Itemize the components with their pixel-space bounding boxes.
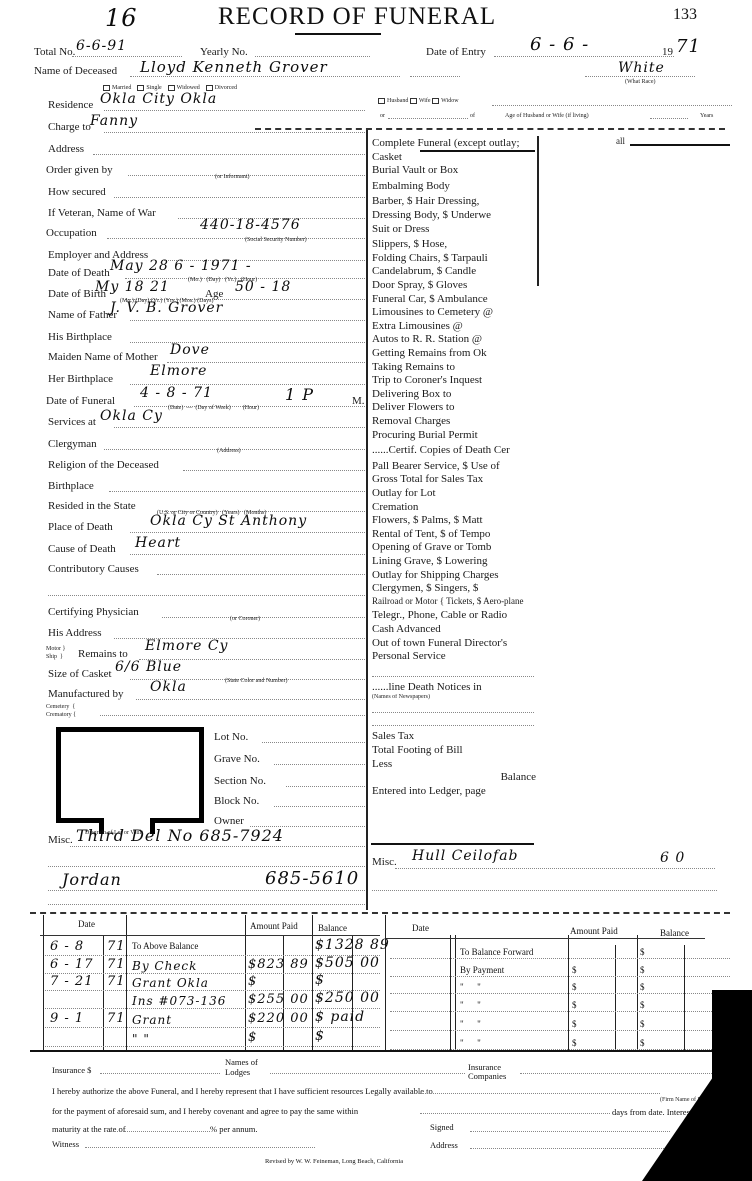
charge-item: Pall Bearer Service, $ Use of	[372, 460, 536, 472]
charge-item: Barber, $ Hair Dressing,	[372, 195, 536, 207]
scan-shadow-edge	[712, 990, 752, 1181]
contributory-label: Contributory Causes	[48, 563, 139, 575]
charge-item: Trip to Coroner's Inquest	[372, 374, 536, 386]
order-given-by-label: Order given by	[46, 164, 113, 176]
charge-item: Entered into Ledger, page	[372, 785, 536, 797]
charge-item: Complete Funeral (except outlay;	[372, 137, 536, 149]
charge-to-label: Charge to	[48, 121, 91, 133]
date-of-death-value[interactable]: May 28 6 - 1971 -	[110, 258, 252, 274]
column-divider	[366, 130, 368, 910]
clergyman-label: Clergyman	[48, 438, 97, 450]
footer-blank-line[interactable]	[420, 1113, 610, 1114]
date-of-funeral-value[interactable]: 4 - 8 - 71	[140, 385, 213, 401]
age-value[interactable]: 50 - 18	[235, 279, 291, 295]
her-birthplace-label: Her Birthplace	[48, 373, 113, 385]
charge-item: Delivering Box to	[372, 388, 536, 400]
ledger-right-amount[interactable]: $	[572, 982, 577, 992]
witness-label: Witness	[52, 1139, 79, 1149]
lodges-label-1: Names of	[225, 1057, 258, 1067]
charge-to-value[interactable]: Fanny	[90, 113, 138, 129]
ledger-rule	[371, 843, 534, 845]
ledger-row-balance[interactable]: $ paid	[315, 1009, 365, 1025]
name-of-father-label: Name of Father	[48, 309, 117, 321]
his-address-label: His Address	[48, 627, 101, 639]
ledger-row-amount[interactable]: $823 89	[248, 957, 309, 972]
her-birthplace-value[interactable]: Elmore	[150, 363, 207, 379]
title-underline	[295, 33, 381, 35]
charge-item: Slippers, $ Hose,	[372, 238, 536, 250]
address-label: Address	[48, 143, 84, 155]
certifying-physician-label: Certifying Physician	[48, 606, 139, 618]
checkbox-wife[interactable]: Wife	[410, 98, 431, 104]
occupation-value[interactable]: 440-18-4576	[200, 217, 301, 233]
lot-field-label: Block No.	[214, 795, 259, 807]
ledger-right-amount[interactable]: $	[572, 1038, 577, 1048]
residence-value[interactable]: Okla City Okla	[100, 91, 217, 107]
lot-field-label: Grave No.	[214, 753, 260, 765]
ledger-right-description: By Payment	[460, 965, 504, 975]
ledger-row-amount[interactable]: $	[248, 974, 257, 989]
ledger-row-balance[interactable]: $	[315, 972, 325, 988]
his-birthplace-label: His Birthplace	[48, 331, 112, 343]
maiden-name-mother-label: Maiden Name of Mother	[48, 351, 158, 363]
ledger-row-year[interactable]: 71	[107, 974, 126, 989]
ledger-row-description[interactable]: By Check	[132, 959, 197, 973]
all-label: all	[616, 136, 625, 146]
charge-item: Getting Remains from Ok	[372, 347, 536, 359]
charge-item: Dressing Body, $ Underwe	[372, 209, 536, 221]
date-of-funeral-caption: (Date) — (Day of Week) (Hour)	[168, 405, 259, 411]
charge-item: Candelabrum, $ Candle	[372, 265, 536, 277]
ledger-row-balance[interactable]: $	[315, 1028, 325, 1044]
ledger-row-balance[interactable]: $505 00	[315, 955, 380, 971]
size-of-casket-caption: (State Color and Number)	[225, 678, 287, 684]
footer-blank-line[interactable]	[270, 1073, 465, 1074]
charge-item: Personal Service	[372, 650, 536, 662]
funeral-meridiem: M.	[352, 395, 365, 407]
occupation-caption: (Social Security Number)	[245, 237, 307, 243]
ledger-right-balance[interactable]: $	[640, 947, 645, 957]
ledger-row-description[interactable]: To Above Balance	[132, 941, 198, 951]
lot-field-label: Lot No.	[214, 731, 248, 743]
manufactured-by-label: Manufactured by	[48, 688, 123, 700]
ledger-row-date[interactable]: 6 - 8	[50, 939, 84, 954]
name-of-father-value[interactable]: J. V. B. Grover	[110, 300, 223, 316]
charge-item: Railroad or Motor { Tickets, $ Aero-plan…	[372, 596, 536, 606]
date-of-entry-label: Date of Entry	[426, 46, 486, 58]
charge-item: Removal Charges	[372, 415, 536, 427]
ledger-right-balance[interactable]: $	[640, 1000, 645, 1010]
charge-item: Cash Advanced	[372, 623, 536, 635]
maturity-label: maturity at the rate of	[52, 1124, 126, 1134]
ledger-row-description[interactable]: Grant Okla	[132, 976, 209, 990]
authorize-statement: I hereby authorize the above Funeral, an…	[52, 1086, 433, 1096]
top-divider	[255, 128, 725, 130]
signed-label: Signed	[430, 1122, 454, 1132]
order-given-by-caption: (or Informant)	[215, 174, 250, 180]
maiden-name-mother-value[interactable]: Dove	[170, 342, 210, 358]
footer-blank-line[interactable]	[85, 1147, 315, 1148]
ledger-row-amount[interactable]: $220 00	[248, 1011, 309, 1026]
veteran-war-label: If Veteran, Name of War	[48, 207, 156, 219]
charge-item: Gross Total for Sales Tax	[372, 473, 536, 485]
charge-item: Opening of Grave or Tomb	[372, 541, 536, 553]
charge-item: ......line Death Notices in	[372, 681, 536, 693]
charge-item: Procuring Burial Permit	[372, 429, 536, 441]
age-spouse-label: Age of Husband or Wife (if living)	[505, 113, 589, 119]
ledger-right-balance[interactable]: $	[640, 965, 645, 975]
race-value[interactable]: White	[618, 60, 665, 76]
place-of-death-value[interactable]: Okla Cy St Anthony	[150, 513, 307, 529]
religion-label: Religion of the Deceased	[48, 459, 159, 471]
place-of-death-label: Place of Death	[48, 521, 113, 533]
motor-ship-label: Motor } Ship }	[46, 645, 65, 661]
charge-item: Flowers, $ Palms, $ Matt	[372, 514, 536, 526]
services-at-label: Services at	[48, 416, 96, 428]
ledger-right-amount[interactable]: $	[572, 1000, 577, 1010]
charge-item: ......Certif. Copies of Death Cer	[372, 444, 536, 456]
race-caption: (What Race)	[625, 79, 655, 85]
ledger-row-description[interactable]: Grant	[132, 1013, 172, 1027]
charge-item: Balance	[372, 771, 536, 783]
lot-diagram-box	[56, 727, 204, 823]
charge-item: Outlay for Shipping Charges	[372, 569, 536, 581]
charge-item: Out of town Funeral Director's	[372, 637, 536, 649]
ledger-right-description: " "	[460, 1019, 481, 1029]
lot-field-input[interactable]	[262, 742, 365, 743]
ledger-right-description: " "	[460, 982, 481, 992]
charge-item: Autos to R. R. Station @	[372, 333, 536, 345]
handwritten-record-number: 16	[105, 4, 138, 32]
charge-item: Extra Limousines @	[372, 320, 536, 332]
ledger-right-amount[interactable]: $	[572, 965, 577, 975]
ledger-right-description: To Balance Forward	[460, 947, 533, 957]
insurance-companies-label-2: Companies	[468, 1071, 506, 1081]
ledger-right-date-header: Date	[412, 923, 429, 933]
misc-left-phone[interactable]: 685-5610	[265, 868, 359, 889]
date-of-funeral-label: Date of Funeral	[46, 395, 115, 407]
ledger-row-date[interactable]: 9 - 1	[50, 1011, 84, 1026]
misc-right-amount[interactable]: 6 0	[660, 850, 685, 866]
ledger-row-description[interactable]: " "	[132, 1032, 150, 1046]
clergyman-caption: (Address)	[217, 448, 241, 454]
ledger-row-balance[interactable]: $250 00	[315, 990, 380, 1006]
services-at-value[interactable]: Okla Cy	[100, 408, 163, 424]
year-value[interactable]: 71	[676, 36, 701, 57]
lodges-label-2: Lodges	[225, 1067, 250, 1077]
charge-item: Telegr., Phone, Cable or Radio	[372, 609, 536, 621]
ledger-row-description[interactable]: Ins #073-136	[132, 994, 226, 1008]
charge-item: Casket	[372, 151, 536, 163]
page-number: 133	[673, 6, 697, 24]
total-no-label: Total No.	[34, 46, 75, 58]
per-annum-label: % per annum.	[210, 1124, 257, 1134]
size-of-casket-value[interactable]: 6/6 Blue	[115, 659, 182, 675]
cause-of-death-value[interactable]: Heart	[135, 535, 181, 551]
date-of-birth-value[interactable]: My 18 21	[95, 279, 170, 295]
year-prefix: 19	[662, 46, 673, 58]
charge-item: Suit or Dress	[372, 223, 536, 235]
name-of-deceased-value[interactable]: Lloyd Kenneth Grover	[140, 58, 328, 76]
charge-item: Cremation	[372, 501, 536, 513]
charge-item: Limousines to Cemetery @	[372, 306, 536, 318]
ledger-right-amount[interactable]: $	[572, 1019, 577, 1029]
footer-blank-line[interactable]	[470, 1131, 670, 1132]
lot-field-input[interactable]	[274, 764, 365, 765]
residence-label: Residence	[48, 99, 93, 111]
total-no-value[interactable]: 6-6-91	[76, 38, 127, 54]
spouse-status-options: Husband Wife Widow	[378, 98, 459, 104]
manufactured-by-value[interactable]: Okla	[150, 679, 187, 695]
footer-blank-line[interactable]	[110, 1131, 210, 1132]
misc-left-name[interactable]: Jordan	[62, 870, 122, 889]
date-of-death-label: Date of Death	[48, 267, 110, 279]
lot-field-input[interactable]	[274, 806, 365, 807]
charge-item: Funeral Car, $ Ambulance	[372, 293, 536, 305]
cemetery-crematory-label: Cemetery { Crematory {	[46, 703, 76, 719]
spouse-of-label: of	[470, 113, 475, 119]
payment-statement: for the payment of aforesaid sum, and I …	[52, 1106, 358, 1116]
name-of-deceased-label: Name of Deceased	[34, 65, 117, 77]
size-of-casket-label: Size of Casket	[48, 668, 112, 680]
ledger-row-year[interactable]: 71	[107, 957, 126, 972]
checkbox-widow[interactable]: Widow	[432, 98, 458, 104]
ledger-right-amount-header: Amount Paid	[570, 926, 618, 936]
ledger-left-date-header: Date	[78, 919, 95, 929]
charge-item: (Names of Newspapers)	[372, 694, 536, 700]
years-label: Years	[700, 113, 713, 119]
ledger-right-description: " "	[460, 1000, 481, 1010]
spouse-or-label: or	[380, 113, 385, 119]
lot-field-input[interactable]	[286, 786, 365, 787]
charge-item: Lining Grave, $ Lowering	[372, 555, 536, 567]
ledger-row-year[interactable]: 71	[107, 939, 126, 954]
yearly-no-label: Yearly No.	[200, 46, 248, 58]
ledger-row-date[interactable]: 6 - 17	[50, 957, 93, 972]
funeral-hour[interactable]: 1 P	[285, 385, 314, 404]
resided-state-label: Resided in the State	[48, 500, 136, 512]
ledger-row-balance[interactable]: $1328 89	[315, 937, 390, 953]
charge-item: Embalming Body	[372, 180, 536, 192]
checkbox-husband[interactable]: Husband	[378, 98, 408, 104]
ledger-row-amount[interactable]: $	[248, 1030, 257, 1045]
charge-item: Rental of Tent, $ of Tempo	[372, 528, 536, 540]
ledger-right-balance-header: Balance	[660, 928, 689, 938]
charge-item: Clergymen, $ Singers, $	[372, 582, 536, 594]
misc-left-label: Misc.	[48, 834, 73, 846]
misc-right-label: Misc.	[372, 856, 397, 868]
footer-blank-line[interactable]	[420, 1093, 660, 1094]
misc-right-value[interactable]: Hull Ceilofab	[412, 848, 519, 864]
footer-blank-line[interactable]	[100, 1073, 220, 1074]
date-of-entry-value[interactable]: 6 - 6 -	[530, 34, 589, 55]
charge-item: Burial Vault or Box	[372, 164, 536, 176]
ledger-row-date[interactable]: 7 - 21	[50, 974, 93, 989]
charge-item: Less	[372, 758, 536, 770]
how-secured-label: How secured	[48, 186, 106, 198]
certifying-physician-caption: (or Coroner)	[230, 616, 260, 622]
charge-item: Deliver Flowers to	[372, 401, 536, 413]
ledger-right-description: " "	[460, 1038, 481, 1048]
remains-to-value[interactable]: Elmore Cy	[145, 638, 228, 654]
insurance-label: Insurance $	[52, 1065, 91, 1075]
occupation-label: Occupation	[46, 227, 97, 239]
charge-item: Door Spray, $ Gloves	[372, 279, 536, 291]
birthplace-label: Birthplace	[48, 480, 94, 492]
ledger-left-balance-header: Balance	[318, 923, 347, 933]
charge-item: Taking Remains to	[372, 361, 536, 373]
revised-by-credit: Revised by W. W. Feineman, Long Beach, C…	[265, 1158, 403, 1165]
charge-item: Folding Chairs, $ Tarpauli	[372, 252, 536, 264]
lot-field-label: Section No.	[214, 775, 266, 787]
charge-item: Outlay for Lot	[372, 487, 536, 499]
charge-item: Sales Tax	[372, 730, 536, 742]
misc-left-line1[interactable]: Third Del No 685-7924	[76, 826, 284, 845]
charge-item: Total Footing of Bill	[372, 744, 536, 756]
address-label: Address	[430, 1140, 458, 1150]
ledger-row-year[interactable]: 71	[107, 1011, 126, 1026]
page-title: RECORD OF FUNERAL	[218, 3, 496, 31]
cause-of-death-label: Cause of Death	[48, 543, 116, 555]
ledger-left-amount-header: Amount Paid	[250, 921, 298, 931]
ledger-row-amount[interactable]: $255 00	[248, 992, 309, 1007]
ledger-right-balance[interactable]: $	[640, 982, 645, 992]
charges-column-edge	[537, 136, 539, 286]
footer-blank-line[interactable]	[470, 1148, 670, 1149]
